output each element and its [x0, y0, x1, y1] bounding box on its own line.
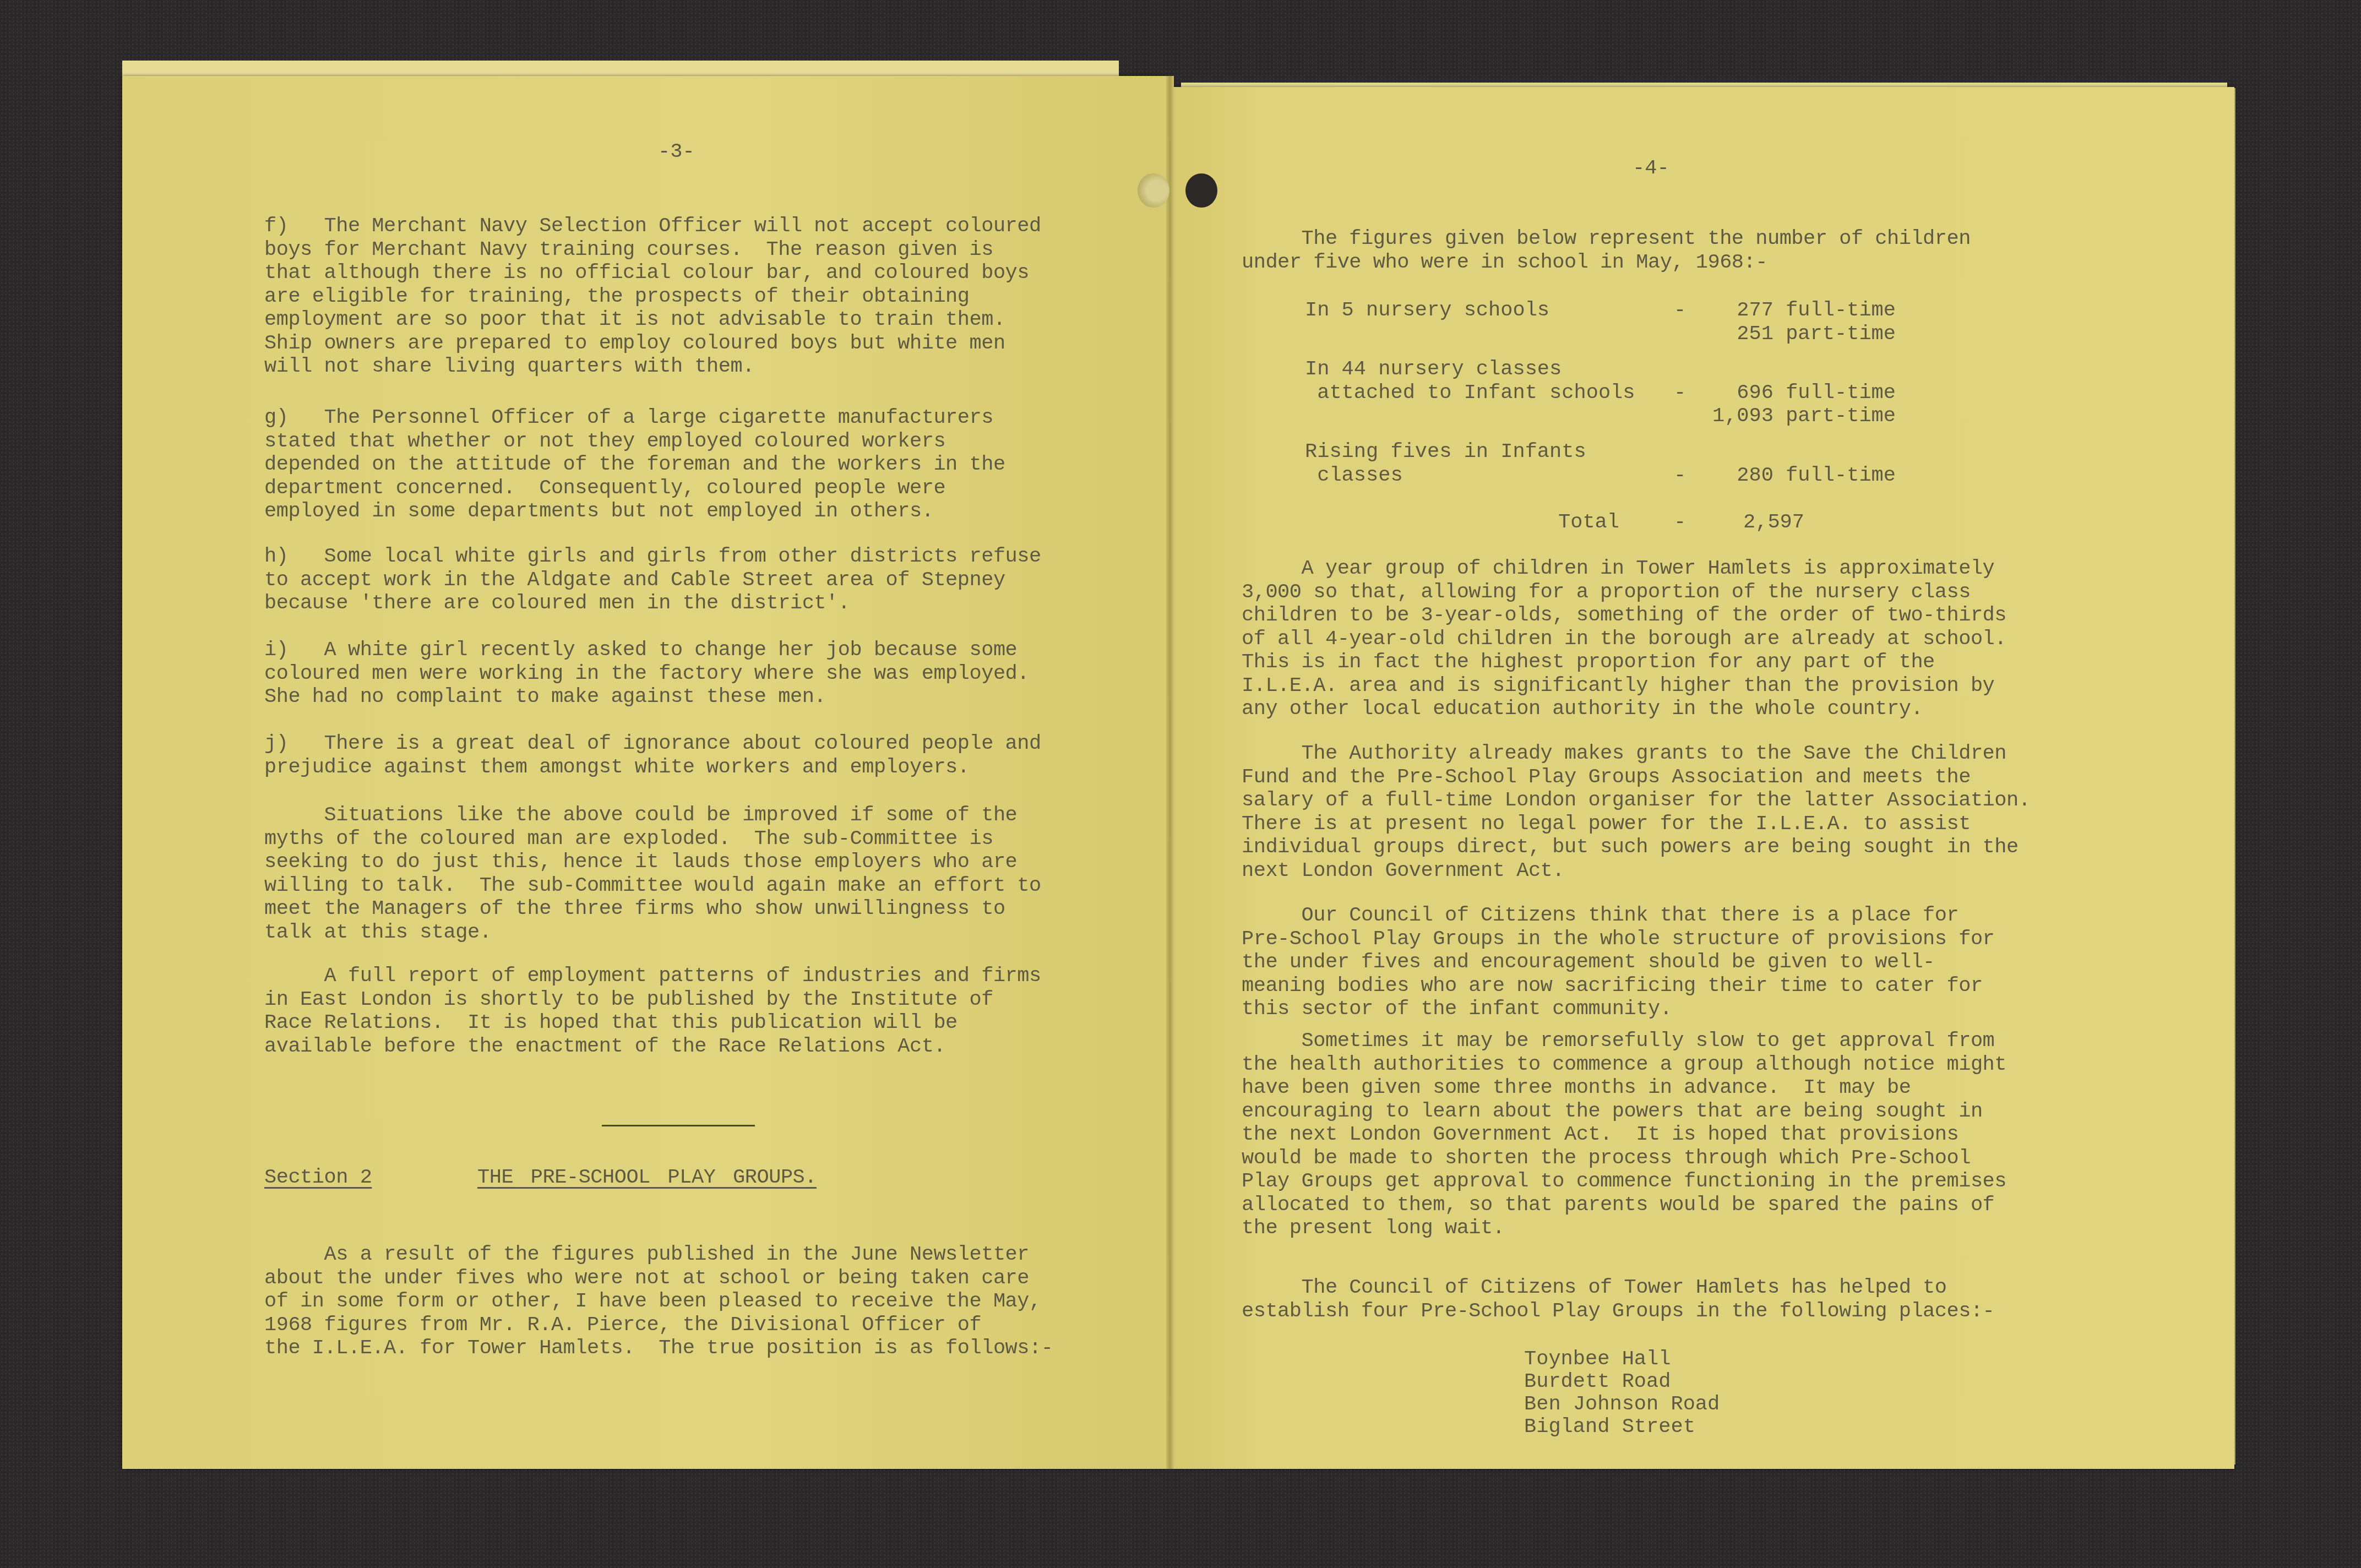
- section-title: THE PRE-SCHOOL PLAY GROUPS.: [477, 1166, 817, 1190]
- total-label: Total: [1558, 511, 1619, 534]
- table-dash: -: [1674, 299, 1686, 322]
- page-number: -3-: [658, 140, 695, 164]
- divider-rule: [602, 1125, 755, 1126]
- punch-hole-icon: [1138, 173, 1169, 208]
- paragraph: Our Council of Citizens think that there…: [1242, 904, 1994, 1021]
- paragraph-j: j) There is a great deal of ignorance ab…: [264, 732, 1041, 779]
- paragraph-f: f) The Merchant Navy Selection Officer w…: [264, 215, 1041, 379]
- table-row-label: Rising fives in Infants classes: [1305, 440, 1586, 487]
- paragraph-h: h) Some local white girls and girls from…: [264, 545, 1041, 616]
- paragraph: The Authority already makes grants to th…: [1242, 742, 2030, 883]
- left-page-top-edge: [122, 61, 1119, 77]
- section-number: Section 2: [264, 1166, 372, 1190]
- table-row-values: 277 full-time 251 part-time: [1737, 299, 1896, 346]
- paragraph: Sometimes it may be remorsefully slow to…: [1242, 1030, 2006, 1240]
- table-dash: -: [1674, 382, 1686, 405]
- list-item: Burdett Road: [1524, 1370, 1671, 1393]
- table-row-values: 696 full-time 1,093 part-time: [1712, 382, 1896, 428]
- list-item: Ben Johnson Road: [1524, 1393, 1720, 1416]
- paragraph: The figures given below represent the nu…: [1242, 227, 1971, 274]
- paragraph: The Council of Citizens of Tower Hamlets…: [1242, 1276, 1994, 1323]
- table-row-values: 280 full-time: [1737, 464, 1896, 488]
- book-gutter: [1166, 76, 1174, 1469]
- paragraph-g: g) The Personnel Officer of a large ciga…: [264, 406, 1005, 524]
- total-dash: -: [1674, 511, 1686, 534]
- table-row-label: In 5 nursery schools: [1305, 299, 1549, 323]
- paragraph-i: i) A white girl recently asked to change…: [264, 639, 1029, 709]
- paragraph-parasituations: Situations like the above could be impro…: [264, 804, 1041, 944]
- table-dash: -: [1674, 464, 1686, 487]
- table-row-label: In 44 nursery classes attached to Infant…: [1305, 358, 1635, 405]
- punch-hole-icon: [1185, 173, 1217, 208]
- paragraph: As a result of the figures published in …: [264, 1243, 1053, 1360]
- paragraph-parareport: A full report of employment patterns of …: [264, 965, 1041, 1058]
- list-item: Bigland Street: [1524, 1415, 1695, 1439]
- list-item: Toynbee Hall: [1524, 1348, 1671, 1371]
- page-number: -4-: [1633, 157, 1669, 180]
- total-value: 2,597: [1743, 511, 1804, 534]
- paragraph: A year group of children in Tower Hamlet…: [1242, 557, 2006, 721]
